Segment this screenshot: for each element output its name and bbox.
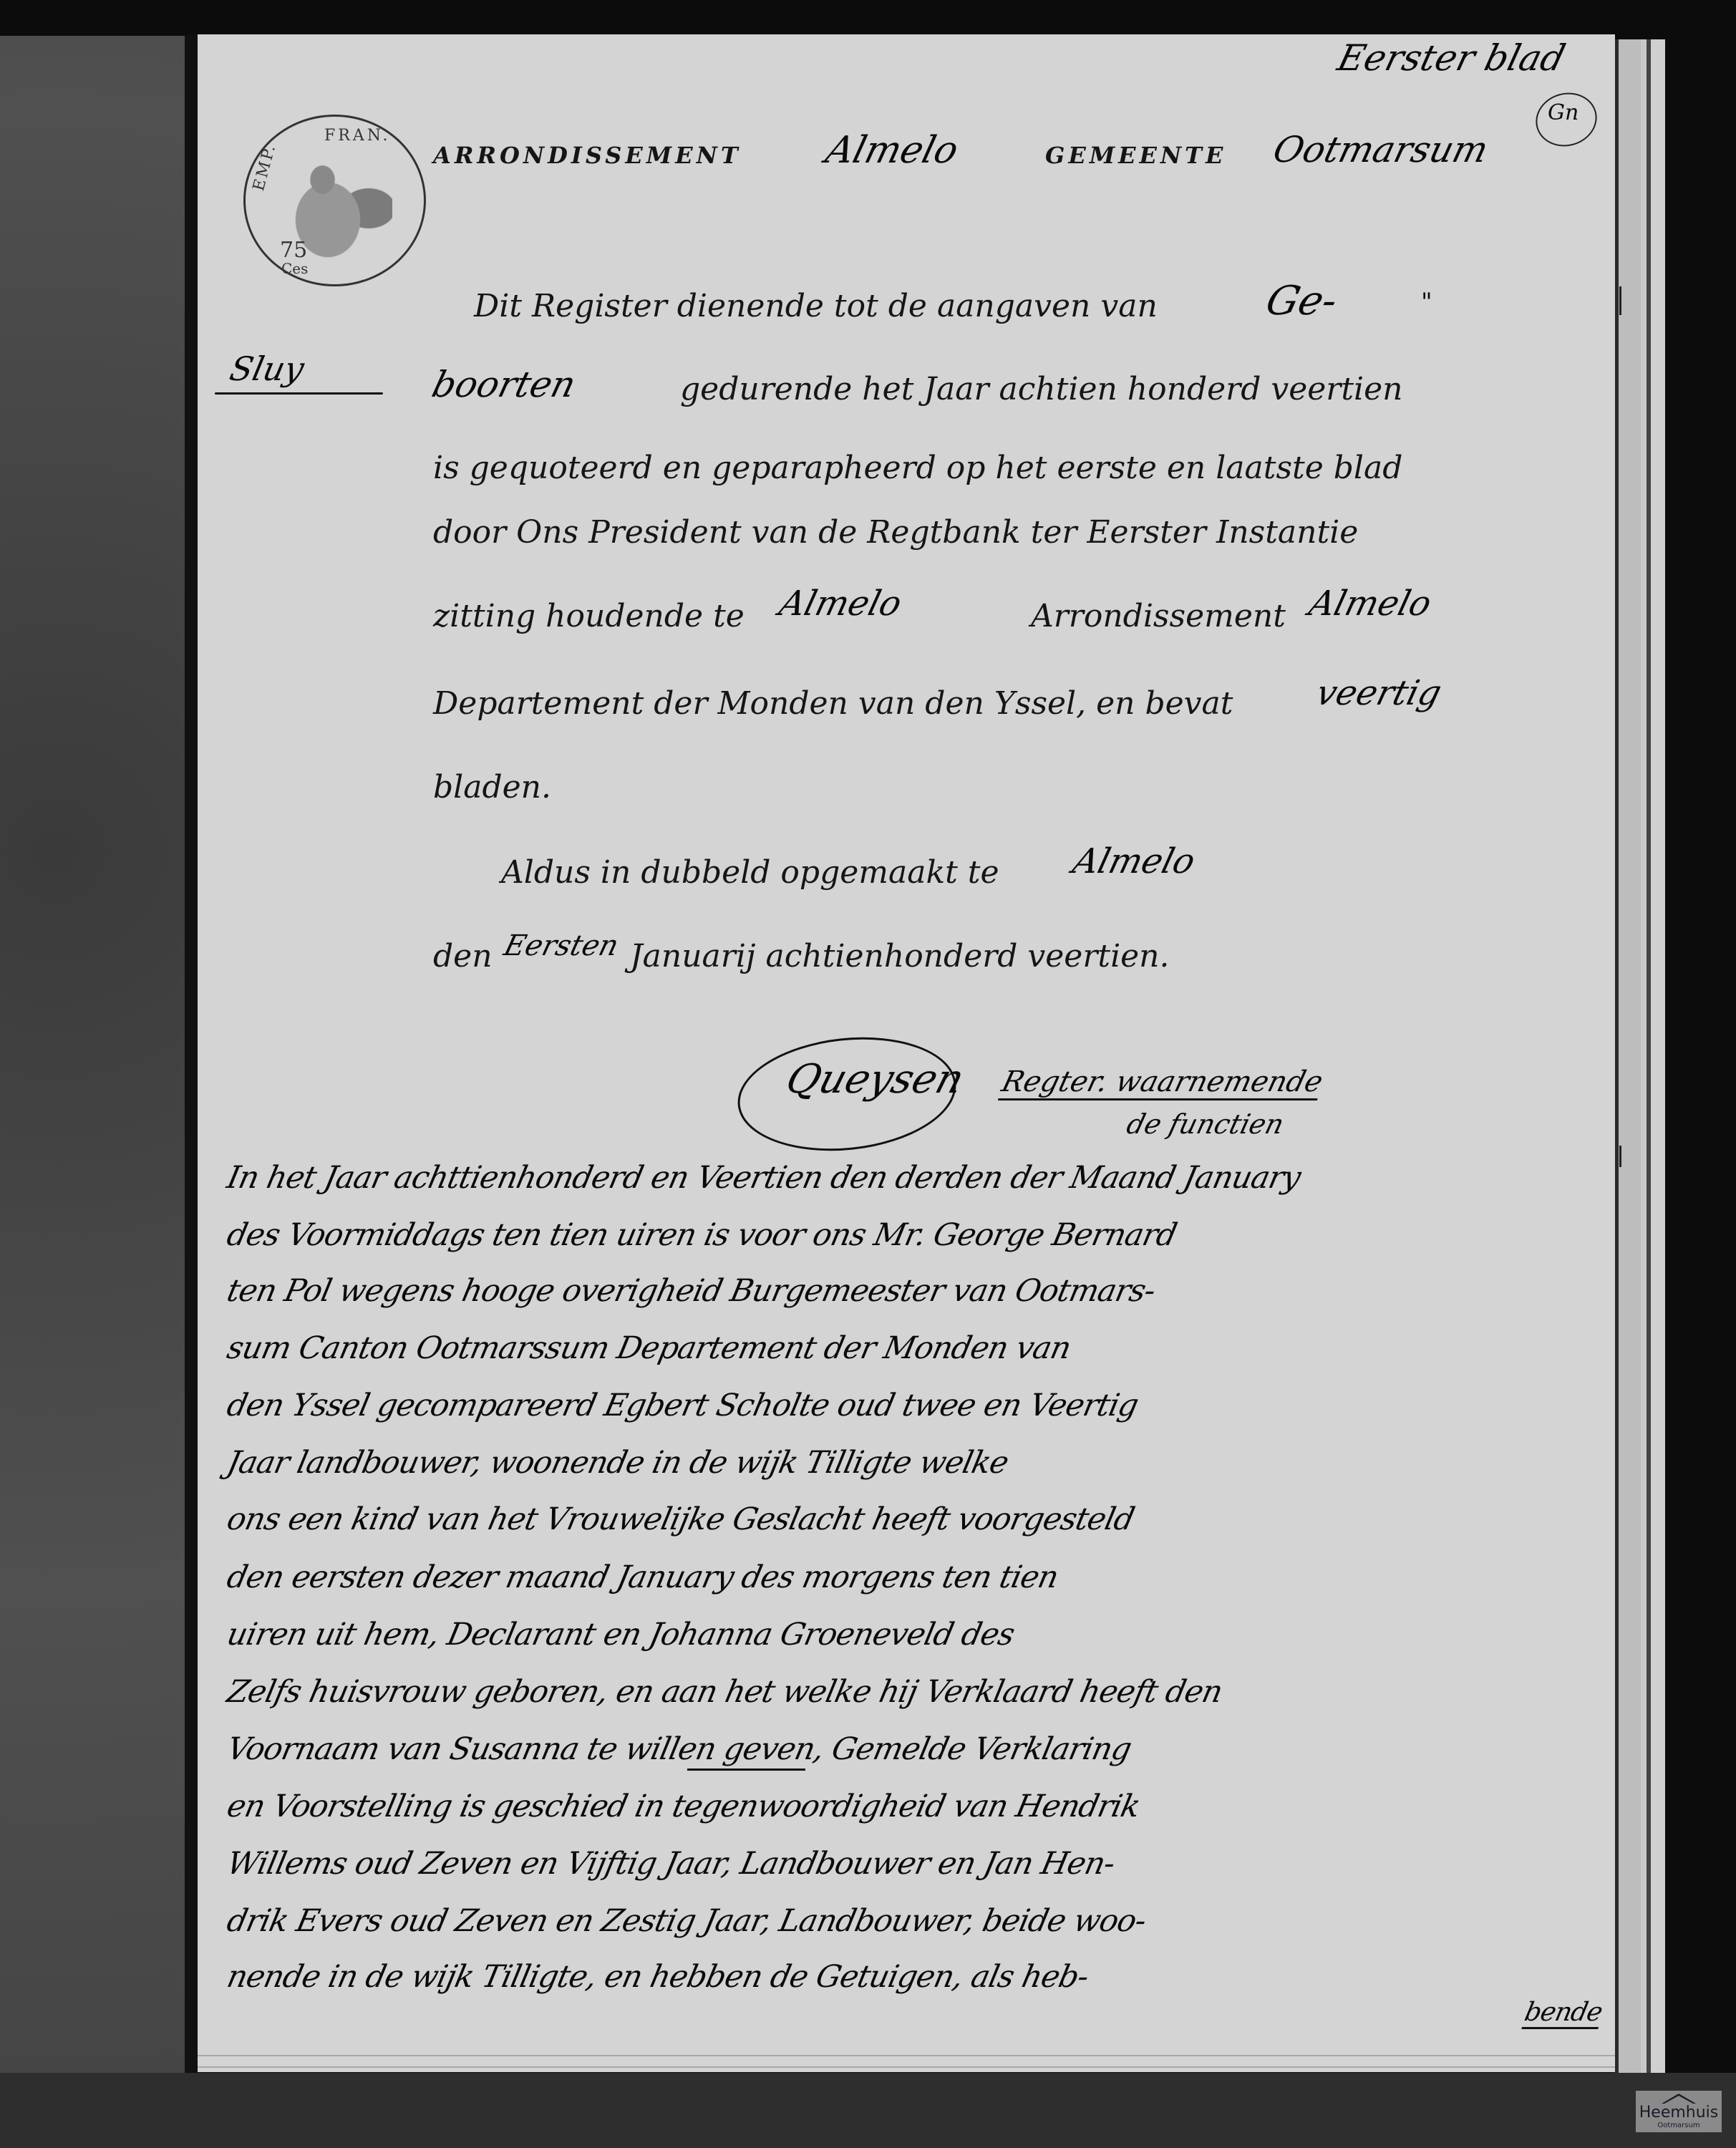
entry-line: Willems oud Zeven en Vijftig Jaar, Landb… xyxy=(224,1846,1118,1882)
entry-line: drik Evers oud Zeven en Zestig Jaar, Lan… xyxy=(224,1903,1149,1939)
form-line-2: gedurende het Jaar achtien honderd veert… xyxy=(680,371,1402,407)
page-stack-edge xyxy=(1614,39,1665,2073)
entry-line: des Voormiddags ten tien uiren is voor o… xyxy=(224,1217,1180,1253)
form-fill-5b: Almelo xyxy=(1305,584,1435,624)
entry-line: Jaar landbouwer, woonende in de wijk Til… xyxy=(224,1445,1012,1481)
stamp-unit: Ces xyxy=(281,260,308,277)
entry-line: uiren uit hem, Declarant en Johanna Groe… xyxy=(224,1617,1017,1653)
form-line-3: is gequoteerd en geparapheerd op het eer… xyxy=(433,450,1402,486)
entry-line: bende xyxy=(1521,1998,1604,2029)
form-fill-1-trail: " xyxy=(1421,288,1432,316)
form-line-7: bladen. xyxy=(433,769,551,805)
form-line-5a: zitting houdende te xyxy=(433,598,745,634)
entry-line: Zelfs huisvrouw geboren, en aan het welk… xyxy=(224,1674,1226,1710)
form-line-9a: den xyxy=(433,938,493,974)
folio-paraph: Gn xyxy=(1548,100,1579,125)
gemeente-value: Ootmarsum xyxy=(1269,129,1493,170)
form-fill-5a: Almelo xyxy=(775,584,906,624)
house-roof-icon xyxy=(1662,2094,1696,2104)
entry-line: ons een kind van het Vrouwelijke Geslach… xyxy=(224,1501,1138,1537)
watermark-name: Heemhuis xyxy=(1636,2105,1722,2121)
watermark-subtitle: Ootmarsum xyxy=(1636,2122,1722,2129)
margin-note: Sluy xyxy=(226,349,307,388)
page-bottom-rule xyxy=(198,2055,1615,2056)
entry-line: nende in de wijk Tilligte, en hebben de … xyxy=(224,1959,1092,1995)
form-fill-2: boorten xyxy=(428,364,580,405)
entry-line: sum Canton Ootmarssum Departement der Mo… xyxy=(224,1330,1074,1366)
form-line-8: Aldus in dubbeld opgemaakt te xyxy=(501,854,999,891)
form-fill-8: Almelo xyxy=(1069,841,1199,881)
signature-title-line1: Regter. waarnemende xyxy=(998,1065,1327,1100)
scanner-background-left xyxy=(0,36,185,2073)
stamp-value: 75 xyxy=(280,240,307,261)
form-line-1: Dit Register dienende tot de aangaven va… xyxy=(474,288,1158,324)
scanner-background-bottom xyxy=(0,2073,1736,2148)
folio-note: Eerster blad xyxy=(1334,37,1569,79)
form-line-9b: Januarij achtienhonderd veertien. xyxy=(630,938,1170,974)
margin-note-underline xyxy=(215,392,383,395)
stamp-legend-top: FRAN. xyxy=(324,127,391,145)
form-fill-1: Ge- xyxy=(1261,278,1342,324)
form-line-6: Departement der Monden van den Yssel, en… xyxy=(433,685,1233,722)
arrondissement-value: Almelo xyxy=(822,129,963,172)
form-fill-9: Eersten xyxy=(500,929,622,962)
page-bottom-rule-2 xyxy=(198,2066,1615,2068)
edge-mark xyxy=(1619,1146,1621,1167)
signature-name: Queysen xyxy=(781,1056,969,1103)
form-line-4: door Ons President van de Regtbank ter E… xyxy=(433,514,1358,551)
arrondissement-label: ARRONDISSEMENT xyxy=(433,142,742,169)
form-fill-6: veertig xyxy=(1312,673,1445,713)
revenue-stamp: FRAN. EMP. 75 Ces xyxy=(243,115,426,286)
child-name-underline xyxy=(687,1769,805,1771)
gemeente-label: GEMEENTE xyxy=(1045,142,1226,169)
entry-line: Voornaam van Susanna te willen geven, Ge… xyxy=(224,1731,1135,1767)
entry-line: ten Pol wegens hooge overigheid Burgemee… xyxy=(224,1273,1158,1309)
form-line-5b: Arrondissement xyxy=(1031,598,1286,634)
entry-line: den eersten dezer maand January des morg… xyxy=(224,1559,1062,1595)
heemhuis-watermark: Heemhuis Ootmarsum xyxy=(1636,2091,1722,2132)
signature-title-line2: de functien xyxy=(1124,1108,1288,1140)
entry-line: en Voorstelling is geschied in tegenwoor… xyxy=(224,1789,1143,1824)
edge-mark xyxy=(1619,286,1621,315)
entry-line: den Yssel gecompareerd Egbert Scholte ou… xyxy=(224,1388,1141,1423)
entry-line: In het Jaar achttienhonderd en Veertien … xyxy=(224,1160,1304,1196)
